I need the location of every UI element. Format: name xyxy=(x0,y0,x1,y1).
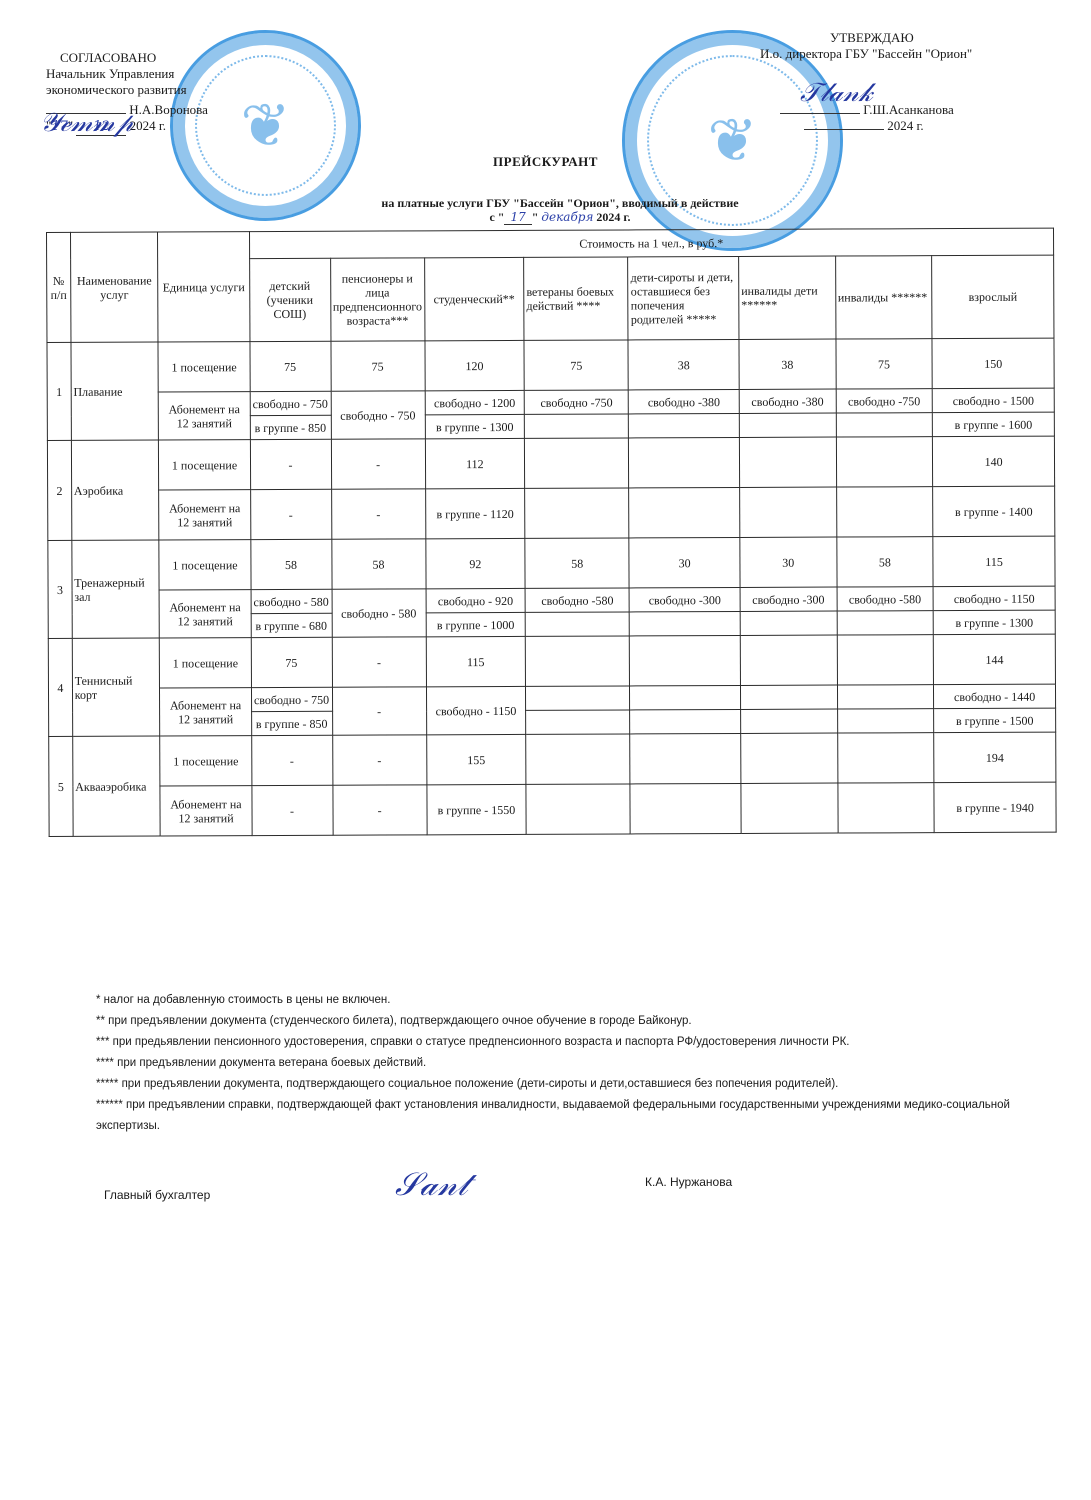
price-cell: - xyxy=(331,489,425,539)
price-cell: 112 xyxy=(425,438,525,488)
price-cell: 75 xyxy=(836,339,933,389)
service-name: Аквааэробика xyxy=(72,736,160,836)
table-row: 1 Плавание 1 посещение 75 75 120 75 38 3… xyxy=(47,338,1054,392)
price-cell xyxy=(837,611,934,635)
price-cell: свободно - 1150 xyxy=(426,686,526,734)
price-cell: 75 xyxy=(331,341,425,391)
footnote-2: ** при предъявлении документа (студенчес… xyxy=(96,1011,1010,1032)
footnotes: * налог на добавленную стоимость в цены … xyxy=(96,990,1010,1137)
footnote-5: ***** при предъявлении документа, подтве… xyxy=(96,1074,1010,1095)
footnote-6-cont: экспертизы. xyxy=(96,1116,1010,1137)
price-cell xyxy=(837,709,934,733)
price-cell xyxy=(741,783,838,833)
approval-left-label: СОГЛАСОВАНО xyxy=(46,50,208,66)
price-cell: 194 xyxy=(934,732,1056,783)
price-cell: 30 xyxy=(629,537,740,587)
footnote-3: *** при предьявлении пенсионного удостов… xyxy=(96,1032,1010,1053)
service-name: Теннисный корт xyxy=(72,638,160,736)
table-row: Абонемент на 12 занятий - - в группе - 1… xyxy=(49,782,1056,836)
price-cell xyxy=(739,437,836,487)
price-cell: - xyxy=(332,785,426,835)
price-cell: в группе - 1120 xyxy=(425,488,525,538)
header-service: Наименование услуг xyxy=(70,232,158,342)
price-cell xyxy=(836,437,933,487)
price-cell: - xyxy=(332,735,426,785)
coat-of-arms-icon: ❦ xyxy=(240,91,290,161)
price-cell: свободно - 1500 xyxy=(932,388,1054,413)
header-unit: Единица услуги xyxy=(158,232,249,342)
price-cell: свободно - 920 xyxy=(426,588,526,612)
table-row: 5 Аквааэробика 1 посещение - - 155 194 xyxy=(49,732,1056,786)
effective-day: 17 xyxy=(504,210,531,225)
price-cell xyxy=(740,611,837,635)
price-cell: 75 xyxy=(249,341,330,391)
price-cell: свободно -750 xyxy=(836,389,933,413)
date-line xyxy=(804,129,884,130)
price-cell: свободно - 580 xyxy=(332,589,426,637)
service-num: 2 xyxy=(47,440,71,540)
price-cell: в группе - 1000 xyxy=(426,612,526,636)
service-num: 1 xyxy=(47,342,71,440)
price-cell xyxy=(740,487,837,537)
price-cell: - xyxy=(251,785,332,835)
price-cell: 75 xyxy=(524,340,628,390)
price-cell xyxy=(630,685,741,709)
approval-left-position-1: Начальник Управления xyxy=(46,66,208,82)
price-cell: свободно - 1200 xyxy=(425,390,525,414)
signature-asankanova: 𝒯𝓁𝒶𝓃𝓀 xyxy=(800,78,873,109)
price-cell xyxy=(526,784,630,834)
service-num: 3 xyxy=(48,540,72,638)
price-cell xyxy=(629,413,740,437)
price-cell xyxy=(739,413,836,437)
price-cell: - xyxy=(250,439,331,489)
price-cell: свободно - 750 xyxy=(251,687,332,711)
price-cell: свободно - 750 xyxy=(250,391,331,415)
service-name: Тренажерный зал xyxy=(72,540,160,638)
unit-subscription: Абонемент на 12 занятий xyxy=(160,688,251,736)
price-cell: 58 xyxy=(331,539,425,589)
price-cell: 150 xyxy=(932,338,1054,389)
approval-left-name: Н.А.Воронова xyxy=(129,102,208,117)
price-cell: 58 xyxy=(525,538,629,588)
header-col-disabled-child: инвалиды дети ****** xyxy=(739,256,836,339)
approval-left-position-2: экономического развития xyxy=(46,82,208,98)
approval-right-position: И.о. директора ГБУ "Бассейн "Орион" xyxy=(760,46,972,62)
unit-subscription: Абонемент на 12 занятий xyxy=(159,490,250,540)
price-cell: в группе - 850 xyxy=(250,415,331,439)
service-num: 4 xyxy=(48,638,72,736)
price-cell xyxy=(525,612,629,636)
price-cell xyxy=(525,438,629,488)
approval-right-year: 2024 г. xyxy=(887,118,923,133)
price-cell xyxy=(526,734,630,784)
price-cell: 155 xyxy=(426,734,526,784)
signature-voronova: 𝒴ℯ𝓂𝓂𝓅 xyxy=(40,108,133,139)
price-cell: - xyxy=(332,687,426,735)
price-cell: в группе - 1300 xyxy=(425,414,525,438)
subtitle-text: на платные услуги ГБУ "Бассейн "Орион", … xyxy=(300,196,820,210)
price-cell: свободно -300 xyxy=(629,587,740,611)
price-cell: 144 xyxy=(933,634,1055,685)
price-cell xyxy=(525,488,629,538)
price-cell xyxy=(836,487,933,537)
header-cost-group: Стоимость на 1 чел., в руб.* xyxy=(249,228,1054,259)
price-cell: в группе - 1500 xyxy=(934,708,1056,733)
unit-single: 1 посещение xyxy=(160,638,251,688)
unit-subscription: Абонемент на 12 занятий xyxy=(160,590,251,638)
price-cell xyxy=(837,635,934,685)
signature-line xyxy=(780,113,860,114)
price-cell: 92 xyxy=(425,538,525,588)
price-cell: свободно -750 xyxy=(524,390,628,414)
price-table: № п/п Наименование услуг Единица услуги … xyxy=(46,228,1057,837)
price-cell xyxy=(525,636,629,686)
price-cell xyxy=(630,635,741,685)
header-col-orphan: дети-сироты и дети, оставшиеся без попеч… xyxy=(628,256,739,339)
service-num: 5 xyxy=(49,736,73,836)
price-cell xyxy=(836,413,933,437)
price-cell: - xyxy=(250,489,331,539)
approval-right-label: УТВЕРЖДАЮ xyxy=(760,30,972,46)
price-cell xyxy=(837,733,934,783)
header-col-veteran: ветераны боевых действий **** xyxy=(524,257,629,340)
price-cell: в группе - 1300 xyxy=(933,610,1055,635)
effective-month: декабря xyxy=(541,210,593,224)
document-subtitle: на платные услуги ГБУ "Бассейн "Орион", … xyxy=(300,196,820,224)
price-cell: 75 xyxy=(251,637,332,687)
unit-single: 1 посещение xyxy=(158,342,249,392)
price-cell: 140 xyxy=(933,436,1055,487)
price-cell xyxy=(837,783,934,833)
footnote-4: **** при предъявлении документа ветерана… xyxy=(96,1053,1010,1074)
table-row: 3 Тренажерный зал 1 посещение 58 58 92 5… xyxy=(48,536,1055,590)
price-cell xyxy=(741,709,838,733)
signature-accountant: 𝒮𝒶𝓃𝓉 xyxy=(395,1165,468,1204)
unit-subscription: Абонемент на 12 занятий xyxy=(160,786,251,836)
price-cell xyxy=(526,686,630,710)
header-col-adult: взрослый xyxy=(932,255,1054,339)
price-cell: в группе - 1550 xyxy=(427,784,527,834)
service-name: Плавание xyxy=(71,342,159,440)
price-cell xyxy=(630,611,741,635)
effective-year: 2024 г. xyxy=(596,210,630,224)
document-title: ПРЕЙСКУРАНТ xyxy=(0,154,1091,170)
price-cell xyxy=(630,709,741,733)
price-cell: в группе - 1940 xyxy=(934,782,1056,833)
footnote-1: * налог на добавленную стоимость в цены … xyxy=(96,990,1010,1011)
header-num: № п/п xyxy=(47,232,71,342)
unit-single: 1 посещение xyxy=(159,540,250,590)
price-cell xyxy=(837,685,934,709)
price-cell: свободно - 750 xyxy=(331,391,425,439)
price-cell: 58 xyxy=(250,539,331,589)
price-cell xyxy=(740,685,837,709)
price-cell: свободно - 1440 xyxy=(934,684,1056,709)
price-cell xyxy=(630,733,741,783)
table-row: 2 Аэробика 1 посещение - - 112 140 xyxy=(47,436,1054,490)
unit-single: 1 посещение xyxy=(159,440,250,490)
price-cell: 30 xyxy=(740,537,837,587)
price-cell: свободно -300 xyxy=(740,587,837,611)
price-cell: - xyxy=(251,735,332,785)
signoff-name: К.А. Нуржанова xyxy=(645,1175,732,1189)
price-cell: 115 xyxy=(426,636,526,686)
price-cell: 120 xyxy=(425,340,525,390)
price-cell: 115 xyxy=(933,536,1055,587)
price-cell: 38 xyxy=(739,339,836,389)
approval-left-year: 2024 г. xyxy=(130,118,166,133)
price-cell xyxy=(629,437,740,487)
price-cell: в группе - 850 xyxy=(251,711,332,735)
price-cell xyxy=(630,783,741,833)
price-cell: свободно -580 xyxy=(525,588,629,612)
price-cell xyxy=(526,710,630,734)
unit-subscription: Абонемент на 12 занятий xyxy=(159,392,250,440)
price-cell: свободно -380 xyxy=(629,389,740,413)
price-cell: - xyxy=(331,439,425,489)
price-cell: свободно - 1150 xyxy=(933,586,1055,611)
price-cell: - xyxy=(332,637,426,687)
unit-single: 1 посещение xyxy=(160,736,251,786)
price-cell: в группе - 1400 xyxy=(933,486,1055,537)
header-col-student: студенческий** xyxy=(424,257,524,340)
price-cell xyxy=(741,733,838,783)
price-cell xyxy=(524,414,628,438)
header-col-child: детский (ученики СОШ) xyxy=(249,258,330,341)
price-cell: свободно -580 xyxy=(837,587,934,611)
price-cell: в группе - 1600 xyxy=(932,412,1054,437)
header-col-pensioner: пенсионеры и лица предпенсионного возрас… xyxy=(330,258,424,341)
effective-prefix: с xyxy=(489,210,494,224)
header-col-disabled: инвалиды ****** xyxy=(835,256,932,339)
table-row: 4 Теннисный корт 1 посещение 75 - 115 14… xyxy=(48,634,1055,688)
price-cell: свободно - 580 xyxy=(251,589,332,613)
price-cell: 58 xyxy=(836,537,933,587)
price-cell: в группе - 680 xyxy=(251,613,332,637)
price-cell xyxy=(740,635,837,685)
footnote-6: ****** при предъявлении справки, подтвер… xyxy=(96,1095,1010,1116)
approval-right-name: Г.Ш.Асанканова xyxy=(863,102,953,117)
signoff-position: Главный бухгалтер xyxy=(104,1188,210,1202)
price-cell xyxy=(629,487,740,537)
table-row: Абонемент на 12 занятий - - в группе - 1… xyxy=(48,486,1055,540)
service-name: Аэробика xyxy=(71,440,159,540)
price-cell: свободно -380 xyxy=(739,389,836,413)
price-cell: 38 xyxy=(628,339,739,389)
